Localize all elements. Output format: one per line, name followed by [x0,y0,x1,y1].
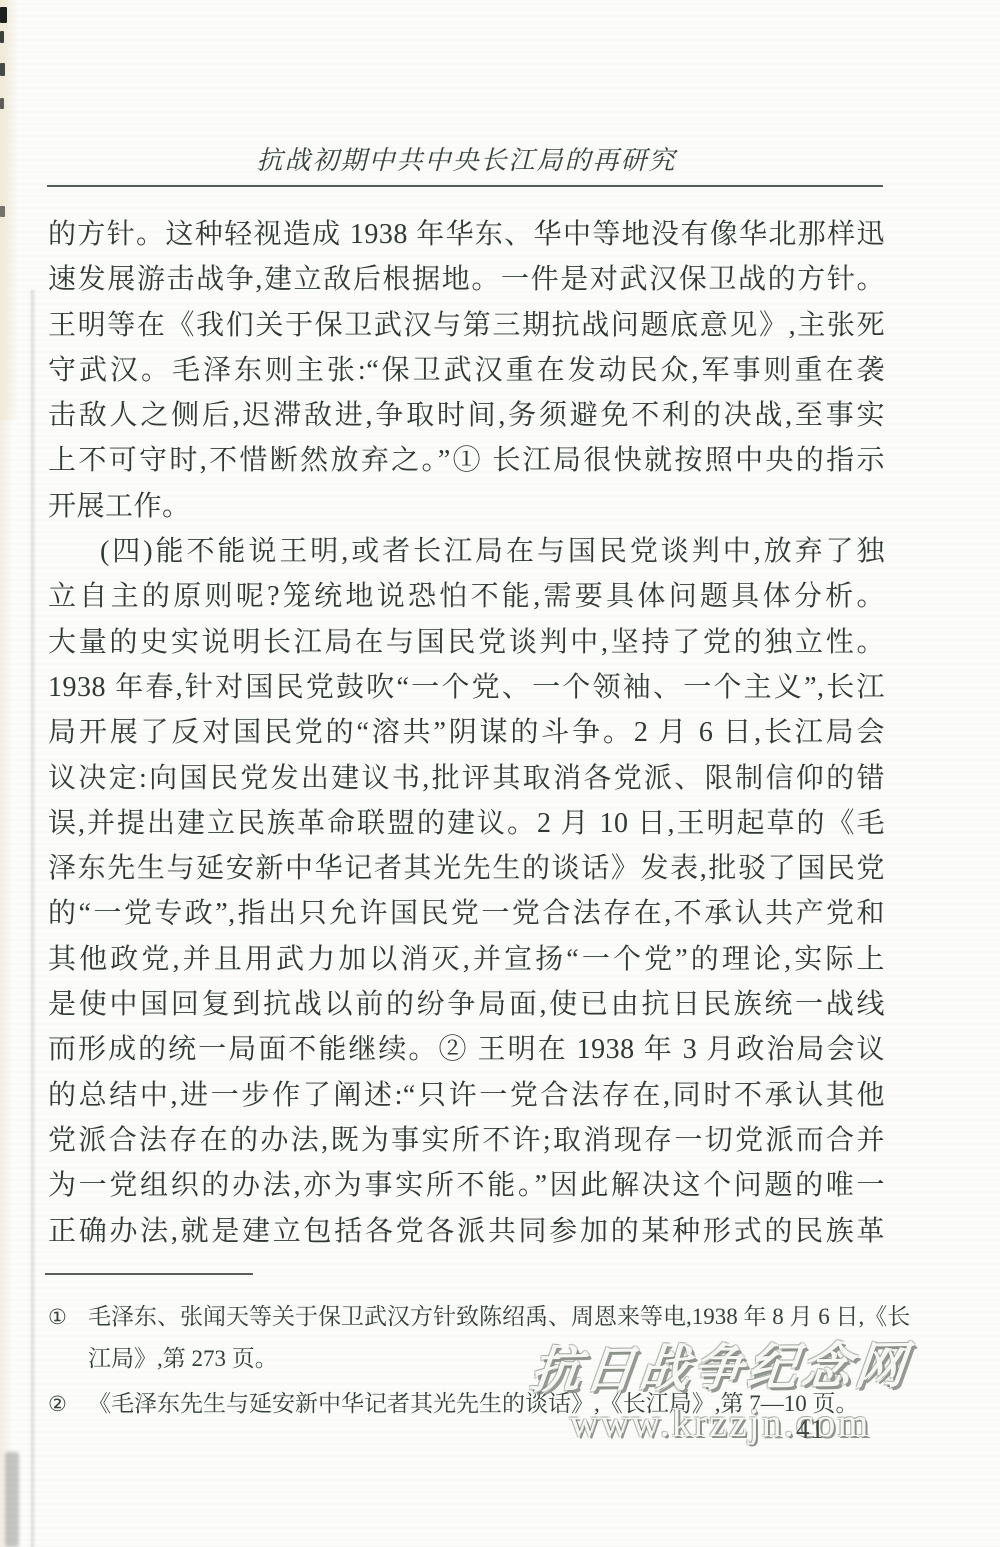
footnote-marker: ① [48,1296,88,1380]
scanned-book-page: 抗战初期中共中央长江局的再研究 的方针。这种轻视造成 1938 年华东、华中等地… [0,0,1000,1547]
header-rule [47,185,883,187]
body-line: 为一党组织的办法,亦为事实所不能。”因此解决这个问题的唯一 [48,1163,885,1208]
scan-speck [0,31,4,43]
footnote-line: 《毛泽东先生与延安新中华记者其光先生的谈话》,《长江局》,第 7—10 页。 [88,1383,893,1425]
body-line: 正确办法,就是建立包括各党各派共同参加的某种形式的民族革 [48,1209,885,1254]
body-line: 1938 年春,针对国民党鼓吹“一个党、一个领袖、一个主义”,长江 [48,665,885,710]
body-line: 的方针。这种轻视造成 1938 年华东、华中等地没有像华北那样迅 [48,212,885,257]
body-line: 是使中国回复到抗战以前的纷争局面,使已由抗日民族统一战线 [48,982,885,1027]
paper-left-edge-tint [0,0,14,1547]
footnotes: ①毛泽东、张闻天等关于保卫武汉方针致陈绍禹、周恩来等电,1938 年 8 月 6… [48,1296,893,1428]
scan-speck [0,63,5,76]
body-line: 击敌人之侧后,迟滞敌进,争取时间,务须避免不利的决战,至事实 [48,393,885,438]
footnote-text: 《毛泽东先生与延安新中华记者其光先生的谈话》,《长江局》,第 7—10 页。 [88,1383,893,1425]
body-line: 速发展游击战争,建立敌后根据地。一件是对武汉保卫战的方针。 [48,257,885,302]
body-line: 议决定:向国民党发出建议书,批评其取消各党派、限制信仰的错 [48,756,885,801]
body-line: 其他政党,并且用武力加以消灭,并宣扬“一个党”的理论,实际上 [48,937,885,982]
scan-speck [0,7,7,23]
body-line: 的“一党专政”,指出只允许国民党一党合法存在,不承认共产党和 [48,891,885,936]
binding-shadow [31,290,34,1547]
body-line: 守武汉。毛泽东则主张:“保卫武汉重在发动民众,军事则重在袭 [48,348,885,393]
body-line: 误,并提出建立民族革命联盟的建议。2 月 10 日,王明起草的《毛 [48,801,885,846]
body-line: (四)能不能说王明,或者长江局在与国民党谈判中,放弃了独 [48,529,885,574]
footnote-line: 江局》,第 273 页。 [88,1338,910,1380]
scan-speck [0,98,4,109]
body-line: 党派合法存在的办法,既为事实所不许;取消现存一切党派而合并 [48,1118,885,1163]
footnote-separator-rule [45,1273,253,1275]
footnote-text: 毛泽东、张闻天等关于保卫武汉方针致陈绍禹、周恩来等电,1938 年 8 月 6 … [88,1296,910,1380]
body-line: 开展工作。 [48,484,885,529]
body-line: 的总结中,进一步作了阐述:“只许一党合法存在,同时不承认其他 [48,1073,885,1118]
running-header-title: 抗战初期中共中央长江局的再研究 [48,140,885,177]
body-line: 泽东先生与延安新中华记者其光先生的谈话》发表,批驳了国民党 [48,846,885,891]
body-line: 上不可守时,不惜断然放弃之。”① 长江局很快就按照中央的指示 [48,438,885,483]
body-line: 王明等在《我们关于保卫武汉与第三期抗战问题底意见》,主张死 [48,303,885,348]
body-line: 而形成的统一局面不能继续。② 王明在 1938 年 3 月政治局会议 [48,1027,885,1072]
page-number: 41 [796,1414,825,1445]
body-line: 立自主的原则呢?笼统地说恐怕不能,需要具体问题具体分析。 [48,574,885,619]
body-line: 局开展了反对国民党的“溶共”阴谋的斗争。2 月 6 日,长江局会 [48,710,885,755]
scan-speck [0,206,5,217]
footnote: ①毛泽东、张闻天等关于保卫武汉方针致陈绍禹、周恩来等电,1938 年 8 月 6… [48,1296,893,1380]
scan-smudge [5,1452,19,1547]
footnote-marker: ② [48,1383,88,1425]
footnote: ②《毛泽东先生与延安新中华记者其光先生的谈话》,《长江局》,第 7—10 页。 [48,1383,893,1425]
body-text: 的方针。这种轻视造成 1938 年华东、华中等地没有像华北那样迅速发展游击战争,… [48,212,885,1254]
footnote-line: 毛泽东、张闻天等关于保卫武汉方针致陈绍禹、周恩来等电,1938 年 8 月 6 … [88,1296,910,1338]
body-line: 大量的史实说明长江局在与国民党谈判中,坚持了党的独立性。 [48,620,885,665]
